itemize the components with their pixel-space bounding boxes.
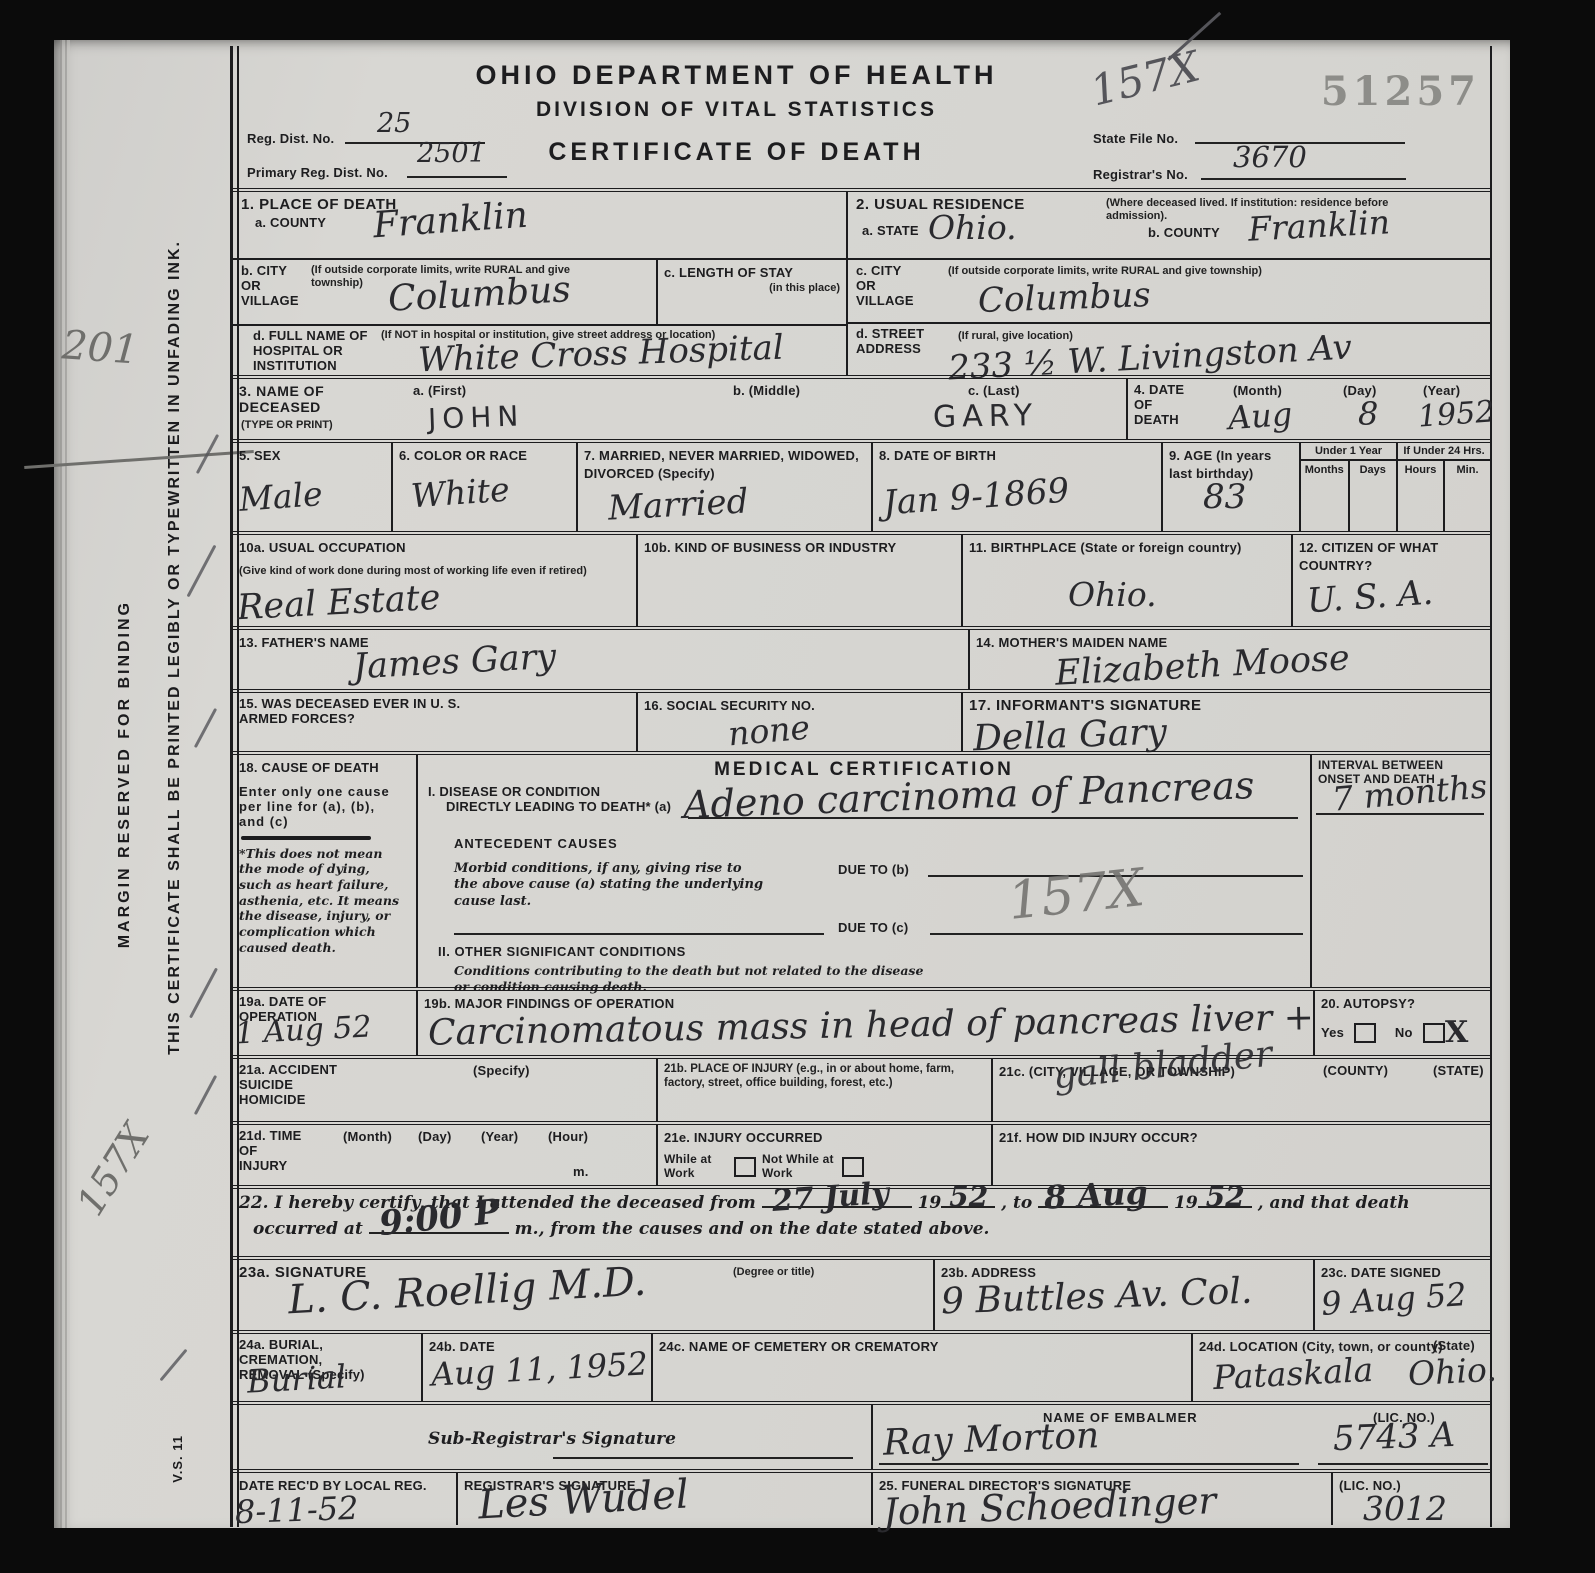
race-value: White (410, 470, 511, 516)
place-of-injury-label: 21b. PLACE OF INJURY (e.g., in or about … (664, 1063, 974, 1091)
time-of-injury-label: 21d. TIME OF INJURY (239, 1129, 309, 1174)
sub-registrar-line (553, 1457, 853, 1459)
name-title: 3. NAME OF DECEASED (239, 383, 389, 415)
registrar-signature-cell: REGISTRAR'S SIGNATURE Les Wudel (456, 1473, 871, 1525)
operation-row: 19a. DATE OF OPERATION 1 Aug 52 19b. MAJ… (233, 987, 1490, 1055)
pod-stay-cell: c. LENGTH OF STAY (in this place) (656, 260, 846, 324)
pod-hospital-cell: d. FULL NAME OF HOSPITAL OR INSTITUTION … (233, 324, 846, 381)
informant-cell: 17. INFORMANT'S SIGNATURE Della Gary (961, 693, 1490, 751)
res-street-cell: d. STREET ADDRESS (If rural, give locati… (848, 322, 1490, 379)
embalmer-lic-value: 5743 A (1332, 1415, 1455, 1459)
marital-label: 7. MARRIED, NEVER MARRIED, WIDOWED, DIVO… (584, 448, 859, 481)
certify-from-value: 27 July (771, 1176, 890, 1219)
dod-label: 4. DATE OF DEATH (1134, 383, 1194, 428)
injury-location-cell: 21c. (CITY, VILLAGE, OR TOWNSHIP) (COUNT… (991, 1059, 1490, 1121)
interval-panel: INTERVAL BETWEEN ONSET AND DEATH 7 month… (1310, 755, 1490, 987)
citizen-label: 12. CITIZEN OF WHAT COUNTRY? (1299, 540, 1438, 573)
father-cell: 13. FATHER'S NAME James Gary (233, 630, 968, 689)
margin-binding-text: MARGIN RESERVED FOR BINDING (116, 600, 134, 948)
citizen-cell: 12. CITIZEN OF WHAT COUNTRY? U. S. A. (1291, 535, 1490, 626)
registrar-no-value: 3670 (1233, 140, 1307, 174)
signature-row: 23a. SIGNATURE (Degree or title) L. C. R… (233, 1256, 1490, 1330)
while-at-work-label: While at Work (664, 1153, 728, 1181)
dod-section: 4. DATE OF DEATH (Month) (Day) (Year) Au… (1126, 379, 1490, 439)
funeral-lic-cell: (LIC. NO.) 3012 (1331, 1473, 1490, 1525)
interval-line (1316, 813, 1484, 815)
days-label: Days (1348, 461, 1397, 531)
physician-signature-cell: 23a. SIGNATURE (Degree or title) L. C. R… (233, 1260, 933, 1330)
pod-city-label: b. CITY OR VILLAGE (241, 264, 305, 320)
operation-date-value: 1 Aug 52 (234, 1009, 372, 1051)
certify-text-5: m., from the causes and on the date stat… (515, 1219, 990, 1239)
certify-text-4: occurred at (253, 1219, 363, 1239)
registrar-no-line (1201, 178, 1406, 180)
toi-month-label: (Month) (343, 1130, 392, 1145)
name-dod-row: 3. NAME OF DECEASED (TYPE OR PRINT) a. (… (233, 375, 1490, 439)
certificate-paper: MARGIN RESERVED FOR BINDING THIS CERTIFI… (54, 40, 1510, 1528)
toi-m-label: m. (573, 1165, 589, 1180)
medical-certification-row: 18. CAUSE OF DEATH Enter only one cause … (233, 751, 1490, 987)
autopsy-cell: 20. AUTOPSY? Yes No X (1313, 991, 1490, 1055)
burial-type-cell: 24a. BURIAL, CREMATION, REMOVAL (Specify… (233, 1334, 421, 1401)
business-label: 10b. KIND OF BUSINESS OR INDUSTRY (644, 540, 896, 555)
first-value: JOHN (427, 399, 524, 435)
certify-19b: 19 (1174, 1193, 1198, 1213)
pod-county-label: a. COUNTY (255, 215, 326, 230)
ssn-value: none (726, 708, 811, 754)
registrar-signature-value: Les Wudel (477, 1472, 690, 1529)
certify-cell: 22. I hereby certify, that I attended th… (233, 1189, 1490, 1256)
under-24hrs-cell: If Under 24 Hrs. Hours Min. (1396, 443, 1490, 531)
sex-race-row: 5. SEX Male 6. COLOR OR RACE White 7. MA… (233, 439, 1490, 531)
place-of-death-section: 1. PLACE OF DEATH a. COUNTY Franklin b. … (233, 192, 846, 375)
date-signed-cell: 23c. DATE SIGNED 9 Aug 52 (1313, 1260, 1490, 1330)
forces-ssn-row: 15. WAS DECEASED EVER IN U. S. ARMED FOR… (233, 689, 1490, 751)
certificate-form: OHIO DEPARTMENT OF HEALTH DIVISION OF VI… (230, 46, 1492, 1527)
dod-year-value: 1952 (1417, 394, 1496, 434)
disease-label-block: I. DISEASE OR CONDITION DIRECTLY LEADING… (428, 785, 671, 815)
how-injury-cell: 21f. HOW DID INJURY OCCUR? (991, 1125, 1490, 1185)
under-24hrs-label: If Under 24 Hrs. (1398, 443, 1490, 461)
autopsy-no-mark: X (1445, 1015, 1468, 1050)
occupation-value: Real Estate (236, 578, 441, 629)
cemetery-label: 24c. NAME OF CEMETERY OR CREMATORY (659, 1339, 939, 1354)
sex-value: Male (238, 474, 324, 519)
margin-tick-4 (189, 968, 218, 1019)
min-label: Min. (1443, 461, 1490, 531)
reg-dist-value: 25 (377, 108, 411, 139)
due-c-leftline (454, 933, 824, 935)
pod-stay-note: (in this place) (664, 282, 840, 295)
funeral-director-cell: 25. FUNERAL DIRECTOR'S SIGNATURE John Sc… (871, 1473, 1331, 1525)
toi-hour-label: (Hour) (548, 1130, 588, 1145)
race-label: 6. COLOR OR RACE (399, 448, 527, 463)
registrar-no-field: Registrar's No. 3670 (1093, 166, 1423, 184)
date-received-value: 8-11-52 (234, 1489, 359, 1531)
parents-row: 13. FATHER'S NAME James Gary 14. MOTHER'… (233, 626, 1490, 689)
dob-cell: 8. DATE OF BIRTH Jan 9-1869 (871, 443, 1161, 531)
morbid-note: Morbid conditions, if any, giving rise t… (454, 861, 764, 910)
toi-year-label: (Year) (481, 1130, 518, 1145)
dod-month-value: Aug (1227, 395, 1294, 437)
armed-forces-label: 15. WAS DECEASED EVER IN U. S. ARMED FOR… (239, 697, 469, 727)
under-1-year-label: Under 1 Year (1301, 443, 1396, 461)
last-label: c. (Last) (968, 384, 1020, 399)
physician-address-cell: 23b. ADDRESS 9 Buttles Av. Col. (933, 1260, 1313, 1330)
business-cell: 10b. KIND OF BUSINESS OR INDUSTRY (636, 535, 961, 626)
antecedent-label: ANTECEDENT CAUSES (454, 837, 618, 852)
margin-tick-5 (194, 1075, 217, 1115)
sub-registrar-label: Sub-Registrar's Signature (239, 1429, 865, 1449)
first-label: a. (First) (413, 384, 466, 399)
injury-occurred-label: 21e. INJURY OCCURRED (664, 1130, 823, 1145)
injury-county-label: (COUNTY) (1323, 1064, 1388, 1079)
autopsy-no-checkbox (1423, 1023, 1445, 1043)
father-value: James Gary (352, 637, 557, 688)
while-at-work-checkbox (734, 1157, 756, 1177)
dod-day-value: 8 (1358, 395, 1378, 433)
father-label: 13. FATHER'S NAME (239, 635, 369, 650)
cause-of-death-panel: 18. CAUSE OF DEATH Enter only one cause … (233, 755, 416, 987)
due-c-label: DUE TO (c) (838, 921, 908, 936)
header-section: OHIO DEPARTMENT OF HEALTH DIVISION OF VI… (233, 46, 1490, 188)
funeral-lic-value: 3012 (1363, 1489, 1447, 1528)
embalmer-name-value: Ray Morton (882, 1415, 1100, 1464)
accident-specify-label: (Specify) (473, 1064, 530, 1079)
occupation-row: 10a. USUAL OCCUPATION (Give kind of work… (233, 531, 1490, 626)
certify-toyear-value: 52 (1206, 1180, 1245, 1213)
birthplace-label: 11. BIRTHPLACE (State or foreign country… (969, 540, 1242, 555)
occupation-cell: 10a. USUAL OCCUPATION (Give kind of work… (233, 535, 636, 626)
ssn-cell: 16. SOCIAL SECURITY NO. none (636, 693, 961, 751)
res-county-label: b. COUNTY (1148, 226, 1220, 241)
autopsy-yes-checkbox (1354, 1023, 1376, 1043)
burial-type-value: Burial (246, 1357, 347, 1400)
informant-label: 17. INFORMANT'S SIGNATURE (969, 697, 1201, 714)
margin-underline-stroke (24, 450, 254, 469)
not-while-at-work-checkbox (842, 1157, 864, 1177)
injury-row-1: 21a. ACCIDENT SUICIDE HOMICIDE (Specify)… (233, 1055, 1490, 1121)
res-city-value: Columbus (977, 275, 1151, 321)
how-injury-label: 21f. HOW DID INJURY OCCUR? (999, 1130, 1198, 1145)
cemetery-cell: 24c. NAME OF CEMETERY OR CREMATORY (651, 1334, 1191, 1401)
injury-occurred-cell: 21e. INJURY OCCURRED While at Work Not W… (656, 1125, 991, 1185)
place-residence-row: 1. PLACE OF DEATH a. COUNTY Franklin b. … (233, 188, 1490, 375)
embalmer-row: Sub-Registrar's Signature NAME OF EMBALM… (233, 1401, 1490, 1469)
cause-instruction: Enter only one cause per line for (a), (… (239, 785, 399, 830)
not-while-at-work-label: Not While at Work (762, 1153, 836, 1181)
certify-text-3: , and that death (1258, 1193, 1410, 1213)
occupation-note: (Give kind of work done during most of w… (239, 565, 599, 578)
degree-label: (Degree or title) (733, 1266, 814, 1279)
primary-reg-value: 2501 (417, 138, 486, 169)
occupation-label: 10a. USUAL OCCUPATION (239, 540, 406, 555)
res-state-county-cell: 2. USUAL RESIDENCE (Where deceased lived… (848, 192, 1490, 258)
certify-to-value: 8 Aug (1043, 1173, 1149, 1216)
pod-hospital-label: d. FULL NAME OF HOSPITAL OR INSTITUTION (253, 329, 373, 378)
disease-label-1: I. DISEASE OR CONDITION (428, 785, 671, 800)
place-of-injury-cell: 21b. PLACE OF INJURY (e.g., in or about … (656, 1059, 991, 1121)
toi-day-label: (Day) (418, 1130, 452, 1145)
last-value: GARY (933, 398, 1039, 435)
embalmer-name-line (879, 1463, 1299, 1465)
middle-label: b. (Middle) (733, 384, 800, 399)
margin-tick-6 (159, 1349, 187, 1382)
embalmer-cell: NAME OF EMBALMER (LIC. NO.) Ray Morton 5… (871, 1405, 1490, 1469)
injury-state-label: (STATE) (1433, 1064, 1484, 1079)
autopsy-label: 20. AUTOPSY? (1321, 996, 1415, 1011)
accident-label: 21a. ACCIDENT SUICIDE HOMICIDE (239, 1063, 359, 1108)
pod-city-row: b. CITY OR VILLAGE (If outside corporate… (233, 258, 846, 324)
age-value: 83 (1203, 477, 1246, 517)
cause-footnote: *This does not mean the mode of dying, s… (239, 846, 404, 955)
due-c-scrawl-157x: 157X (1005, 858, 1147, 932)
usual-residence-section: 2. USUAL RESIDENCE (Where deceased lived… (846, 192, 1490, 375)
burial-date-label: 24b. DATE (429, 1339, 495, 1354)
res-city-cell: c. CITY OR VILLAGE (If outside corporate… (848, 258, 1490, 322)
certify-fromyear-value: 52 (949, 1180, 988, 1213)
res-city-label: c. CITY OR VILLAGE (856, 264, 920, 309)
scan-background: { "margin": { "binding": "MARGIN RESERVE… (0, 0, 1595, 1573)
sub-registrar-cell: Sub-Registrar's Signature (233, 1405, 871, 1469)
months-label: Months (1301, 461, 1348, 531)
name-sub: (TYPE OR PRINT) (241, 419, 333, 432)
sex-label: 5. SEX (239, 448, 281, 463)
race-cell: 6. COLOR OR RACE White (391, 443, 576, 531)
citizen-value: U. S. A. (1306, 573, 1435, 622)
pod-stay-label: c. LENGTH OF STAY (664, 265, 793, 280)
date-signed-value: 9 Aug 52 (1320, 1275, 1468, 1323)
birthplace-value: Ohio. (1068, 575, 1157, 614)
primary-reg-field: Primary Reg. Dist. No. 2501 (247, 164, 507, 182)
pod-county-cell: 1. PLACE OF DEATH a. COUNTY Franklin (233, 192, 846, 258)
marital-cell: 7. MARRIED, NEVER MARRIED, WIDOWED, DIVO… (576, 443, 871, 531)
embalmer-lic-line (1318, 1463, 1488, 1465)
certify-row: 22. I hereby certify, that I attended th… (233, 1185, 1490, 1256)
res-county-value: Franklin (1247, 202, 1391, 248)
sex-cell: 5. SEX Male (233, 443, 391, 531)
form-number: V.S. 11 (170, 1435, 185, 1483)
date-received-cell: DATE REC'D BY LOCAL REG. 8-11-52 (233, 1473, 456, 1525)
primary-reg-line (407, 176, 507, 178)
mother-cell: 14. MOTHER'S MAIDEN NAME Elizabeth Moose (968, 630, 1490, 689)
name-section: 3. NAME OF DECEASED (TYPE OR PRINT) a. (… (233, 379, 1126, 439)
bottom-row: DATE REC'D BY LOCAL REG. 8-11-52 REGISTR… (233, 1469, 1490, 1525)
hours-label: Hours (1398, 461, 1443, 531)
burial-state-value: Ohio. (1407, 1350, 1498, 1394)
certify-text-2: , to (1001, 1193, 1032, 1213)
time-of-injury-cell: 21d. TIME OF INJURY (Month) (Day) (Year)… (233, 1125, 656, 1185)
margin-ink-text: THIS CERTIFICATE SHALL BE PRINTED LEGIBL… (166, 240, 184, 1055)
burial-row: 24a. BURIAL, CREMATION, REMOVAL (Specify… (233, 1330, 1490, 1401)
operation-date-cell: 19a. DATE OF OPERATION 1 Aug 52 (233, 991, 416, 1055)
res-state-value: Ohio. (928, 208, 1017, 247)
certify-19a: 19 (918, 1193, 942, 1213)
margin-tick-3 (194, 708, 217, 748)
injury-row-2: 21d. TIME OF INJURY (Month) (Day) (Year)… (233, 1121, 1490, 1185)
burial-location-cell: 24d. LOCATION (City, town, or county) (S… (1191, 1334, 1490, 1401)
res-state-label: a. STATE (862, 223, 919, 238)
dob-value: Jan 9-1869 (882, 471, 1071, 524)
accident-cell: 21a. ACCIDENT SUICIDE HOMICIDE (Specify) (233, 1059, 656, 1121)
cause-divider (241, 836, 371, 840)
pod-city-cell: b. CITY OR VILLAGE (If outside corporate… (233, 260, 656, 324)
state-file-label: State File No. (1093, 131, 1178, 146)
medical-certification-panel: MEDICAL CERTIFICATION I. DISEASE OR COND… (416, 755, 1310, 987)
autopsy-no-label: No (1395, 1025, 1413, 1040)
burial-date-cell: 24b. DATE Aug 11, 1952 (421, 1334, 651, 1401)
res-street-label: d. STREET ADDRESS (856, 327, 946, 357)
under-1-year-cell: Under 1 Year Months Days (1299, 443, 1396, 531)
armed-forces-cell: 15. WAS DECEASED EVER IN U. S. ARMED FOR… (233, 693, 636, 751)
autopsy-yes-label: Yes (1321, 1025, 1344, 1040)
cause-title: 18. CAUSE OF DEATH (239, 760, 379, 775)
due-b-label: DUE TO (b) (838, 863, 909, 878)
res-street-note: (If rural, give location) (958, 330, 1073, 343)
dob-label: 8. DATE OF BIRTH (879, 448, 996, 463)
disease-label-2: DIRECTLY LEADING TO DEATH* (a) (446, 800, 671, 815)
reg-dist-label: Reg. Dist. No. (247, 131, 334, 146)
age-cell: 9. AGE (In years last birthday) 83 (1161, 443, 1299, 531)
due-c-line (930, 933, 1303, 935)
burial-city-value: Pataskala (1212, 1350, 1374, 1397)
margin-handwritten-157x: 157X (68, 1116, 158, 1224)
primary-reg-label: Primary Reg. Dist. No. (247, 165, 388, 180)
mother-label: 14. MOTHER'S MAIDEN NAME (976, 635, 1167, 650)
registrar-no-label: Registrar's No. (1093, 167, 1188, 182)
marital-value: Married (607, 481, 749, 528)
stamp-number: 51257 (1321, 68, 1480, 115)
other-conditions-label: II. OTHER SIGNIFICANT CONDITIONS (438, 945, 686, 960)
res-city-note: (If outside corporate limits, write RURA… (948, 265, 1408, 278)
margin-handwritten-201: 201 (60, 322, 139, 373)
birthplace-cell: 11. BIRTHPLACE (State or foreign country… (961, 535, 1291, 626)
margin-tick-2 (187, 545, 217, 598)
